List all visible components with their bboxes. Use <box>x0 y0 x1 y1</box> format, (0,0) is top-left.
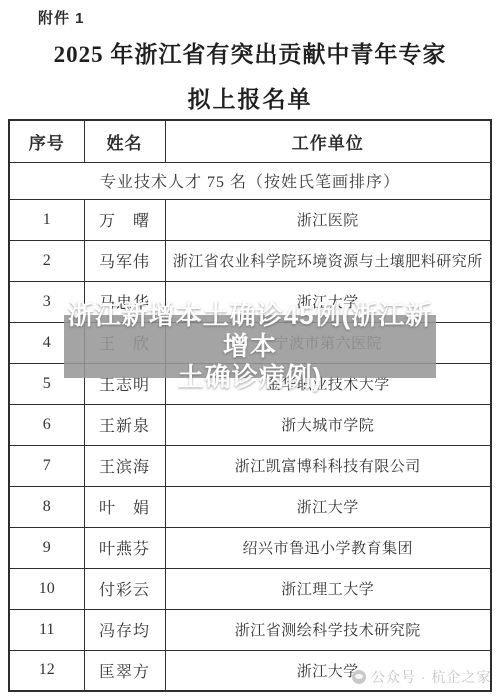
section-header-row: 专业技术人才 75 名（按姓氏笔画排序） <box>9 162 491 199</box>
cell-person-name: 叶 娟 <box>84 486 165 527</box>
table-row: 8 叶 娟 浙江大学 <box>9 486 491 527</box>
watermark: 公众号 · 杭企之家 <box>352 667 491 687</box>
column-header-name: 姓名 <box>84 120 165 162</box>
experts-table: 序号 姓名 工作单位 专业技术人才 75 名（按姓氏笔画排序） 1 万 曙 浙江… <box>8 119 492 692</box>
table-row: 2 马军伟 浙江省农业科学院环境资源与土壤肥料研究所 <box>9 240 491 281</box>
cell-work-unit: 浙江医院 <box>165 199 491 240</box>
document-page: 附件 1 2025 年浙江省有突出贡献中青年专家 拟上报名单 序号 姓名 工作单… <box>0 0 500 700</box>
cell-serial-number: 7 <box>9 445 84 486</box>
cell-work-unit: 浙大城市学院 <box>165 404 491 445</box>
official-account-icon <box>352 670 366 684</box>
table-row: 1 万 曙 浙江医院 <box>9 199 491 240</box>
cell-serial-number: 8 <box>9 486 84 527</box>
table-row: 11 冯存均 浙江省测绘科学技术研究院 <box>9 609 491 650</box>
table-row: 9 叶燕芬 绍兴市鲁迅小学教育集团 <box>9 527 491 568</box>
column-header-no: 序号 <box>9 120 84 162</box>
document-title-line2: 拟上报名单 <box>0 81 500 114</box>
cell-serial-number: 2 <box>9 240 84 281</box>
headline-overlay-line2: 土确诊病例) <box>178 362 323 393</box>
cell-person-name: 王滨海 <box>84 445 165 486</box>
table-header-row: 序号 姓名 工作单位 <box>9 120 491 162</box>
cell-person-name: 叶燕芬 <box>84 527 165 568</box>
cell-serial-number: 9 <box>9 527 84 568</box>
cell-work-unit: 浙江大学 <box>165 486 491 527</box>
headline-overlay-line1: 浙江新增本土确诊45例(浙江新增本 <box>64 300 436 362</box>
attachment-label: 附件 1 <box>38 7 85 28</box>
cell-serial-number: 6 <box>9 404 84 445</box>
table-row: 6 王新泉 浙大城市学院 <box>9 404 491 445</box>
cell-serial-number: 11 <box>9 609 84 650</box>
cell-serial-number: 1 <box>9 199 84 240</box>
section-header-label: 专业技术人才 75 名（按姓氏笔画排序） <box>9 162 491 199</box>
column-header-unit: 工作单位 <box>165 120 491 162</box>
document-title-line1: 2025 年浙江省有突出贡献中青年专家 <box>0 36 500 69</box>
cell-person-name: 马军伟 <box>84 240 165 281</box>
table-row: 10 付彩云 浙江理工大学 <box>9 568 491 609</box>
cell-serial-number: 10 <box>9 568 84 609</box>
cell-person-name: 王新泉 <box>84 404 165 445</box>
cell-work-unit: 绍兴市鲁迅小学教育集团 <box>165 527 491 568</box>
cell-person-name: 付彩云 <box>84 568 165 609</box>
cell-work-unit: 浙江省农业科学院环境资源与土壤肥料研究所 <box>165 240 491 281</box>
headline-overlay: 浙江新增本土确诊45例(浙江新增本 土确诊病例) <box>64 315 436 378</box>
cell-work-unit: 浙江凯富博科科技有限公司 <box>165 445 491 486</box>
cell-work-unit: 浙江理工大学 <box>165 568 491 609</box>
cell-person-name: 冯存均 <box>84 609 165 650</box>
cell-work-unit: 浙江省测绘科学技术研究院 <box>165 609 491 650</box>
cell-person-name: 万 曙 <box>84 199 165 240</box>
cell-person-name: 匡翠方 <box>84 650 165 691</box>
watermark-label: 公众号 · 杭企之家 <box>371 667 491 687</box>
table-row: 7 王滨海 浙江凯富博科科技有限公司 <box>9 445 491 486</box>
cell-serial-number: 12 <box>9 650 84 691</box>
